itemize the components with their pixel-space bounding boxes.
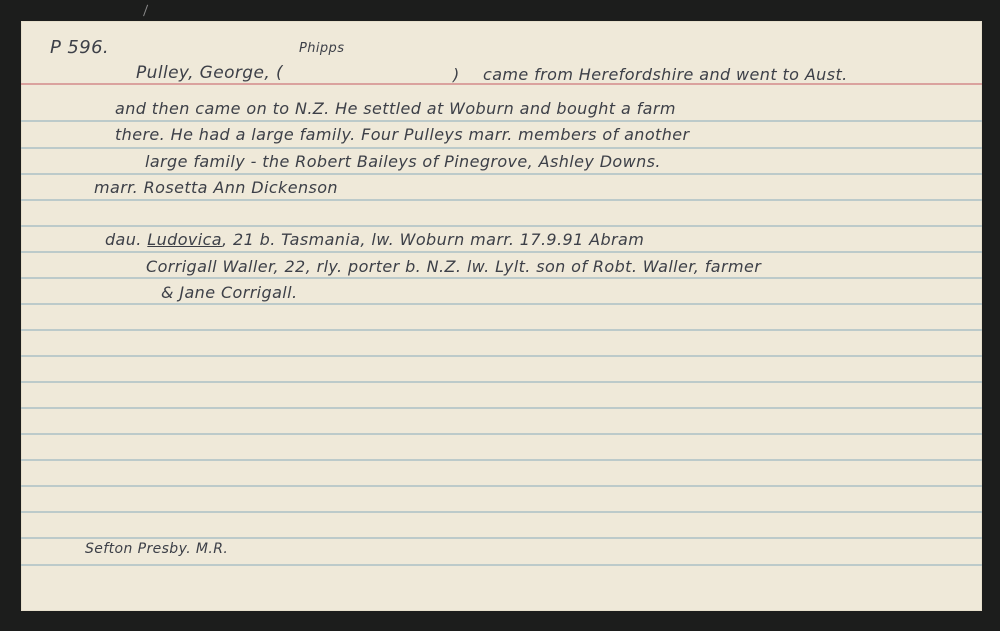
daughter-prefix: dau. (105, 230, 142, 249)
ruled-line (21, 433, 982, 435)
ruled-line (21, 147, 982, 149)
ruled-line (21, 251, 982, 253)
ruled-line (21, 407, 982, 409)
ruled-line (21, 303, 982, 305)
name-annotation: Phipps (299, 41, 344, 56)
daughter-details: , 21 b. Tasmania, lw. Woburn marr. 17.9.… (222, 230, 644, 249)
card-reference-number: P 596. (50, 37, 109, 58)
scratch-mark (143, 5, 151, 18)
daughter-entry-line-2: Corrigall Waller, 22, rly. porter b. N.Z… (146, 257, 761, 276)
biography-line-2: and then came on to N.Z. He settled at W… (115, 99, 676, 118)
ruled-line (21, 355, 982, 357)
daughter-entry-line-3: & Jane Corrigall. (161, 283, 297, 302)
index-card: P 596. Phipps Pulley, George, ( ) came f… (21, 21, 982, 611)
daughter-entry-line-1: dau. Ludovica, 21 b. Tasmania, lw. Wobur… (105, 230, 644, 249)
ruled-line (21, 511, 982, 513)
source-reference: Sefton Presby. M.R. (85, 541, 228, 557)
marriage-line: marr. Rosetta Ann Dickenson (94, 178, 338, 197)
ruled-line (21, 564, 982, 566)
ruled-line (21, 120, 982, 122)
ruled-line (21, 199, 982, 201)
ruled-line (21, 485, 982, 487)
ruled-line (21, 381, 982, 383)
ruled-line (21, 329, 982, 331)
ruled-line (21, 277, 982, 279)
heading-close-paren: ) (453, 65, 460, 84)
ruled-line (21, 459, 982, 461)
ruled-line (21, 537, 982, 539)
ruled-line (21, 173, 982, 175)
daughter-name: Ludovica (147, 230, 222, 249)
biography-line-4: large family - the Robert Baileys of Pin… (145, 152, 661, 171)
biography-line-1: came from Herefordshire and went to Aust… (483, 65, 848, 84)
heading-name: Pulley, George, ( (136, 63, 283, 83)
ruled-line (21, 225, 982, 227)
biography-line-3: there. He had a large family. Four Pulle… (115, 125, 689, 144)
